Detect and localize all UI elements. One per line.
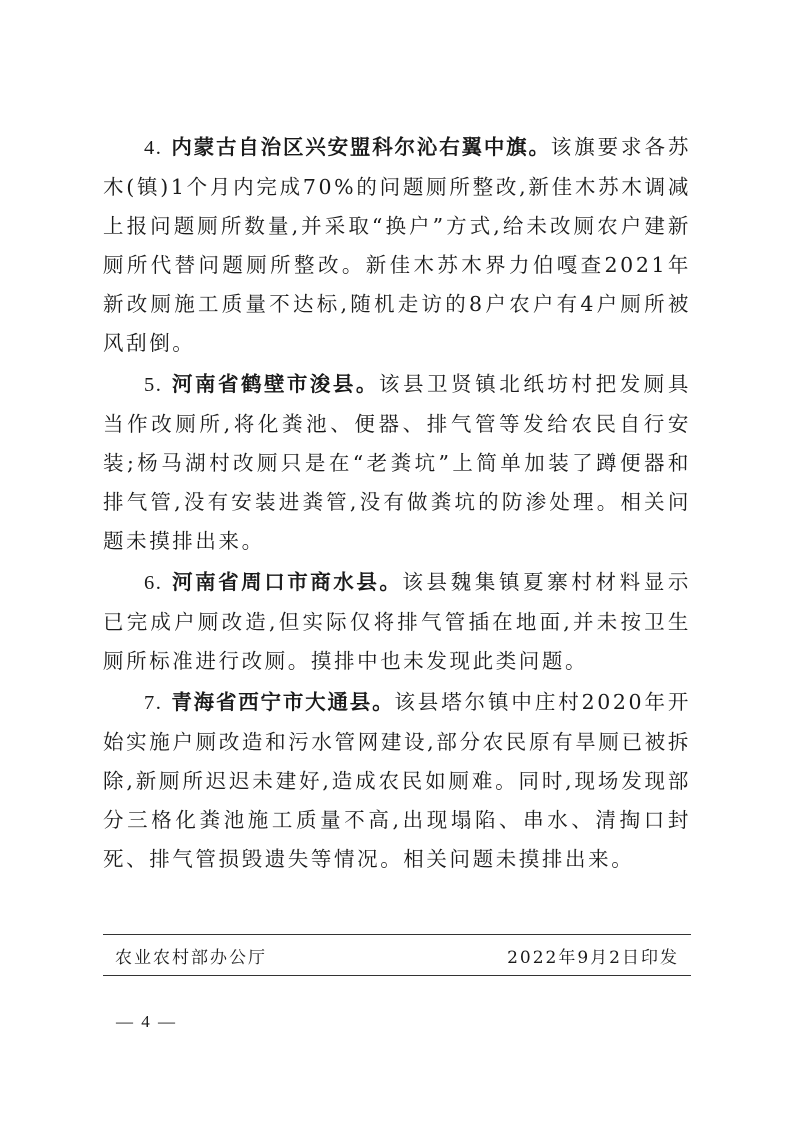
paragraph-5: 5. 河南省鹤壁市浚县。该县卫贤镇北纸坊村把发厕具当作改厕所,将化粪池、便器、排… (103, 365, 691, 561)
paragraph-6: 6. 河南省周口市商水县。该县魏集镇夏寨村材料显示已完成户厕改造,但实际仅将排气… (103, 563, 691, 681)
paragraph-text: 该县卫贤镇北纸坊村把发厕具当作改厕所,将化粪池、便器、排气管等发给农民自行安装;… (103, 372, 691, 553)
document-body: 4. 内蒙古自治区兴安盟科尔沁右翼中旗。该旗要求各苏木(镇)1个月内完成70%的… (103, 128, 691, 881)
paragraph-4: 4. 内蒙古自治区兴安盟科尔沁右翼中旗。该旗要求各苏木(镇)1个月内完成70%的… (103, 128, 691, 363)
paragraph-heading: 5. 河南省鹤壁市浚县。 (144, 372, 379, 396)
page-number: — 4 — (116, 1012, 177, 1032)
issuance-footer: 农业农村部办公厅 2022年9月2日印发 (103, 934, 691, 976)
paragraph-text: 该旗要求各苏木(镇)1个月内完成70%的问题厕所整改,新佳木苏木调减上报问题厕所… (103, 135, 691, 355)
issue-date: 2022年9月2日印发 (507, 943, 679, 968)
paragraph-heading: 4. 内蒙古自治区兴安盟科尔沁右翼中旗。 (144, 135, 551, 159)
paragraph-text: 该县塔尔镇中庄村2020年开始实施户厕改造和污水管网建设,部分农民原有旱厕已被拆… (103, 690, 691, 871)
paragraph-heading: 6. 河南省周口市商水县。 (144, 570, 402, 594)
paragraph-7: 7. 青海省西宁市大通县。该县塔尔镇中庄村2020年开始实施户厕改造和污水管网建… (103, 683, 691, 879)
paragraph-heading: 7. 青海省西宁市大通县。 (144, 690, 394, 714)
issuer-name: 农业农村部办公厅 (115, 943, 267, 968)
